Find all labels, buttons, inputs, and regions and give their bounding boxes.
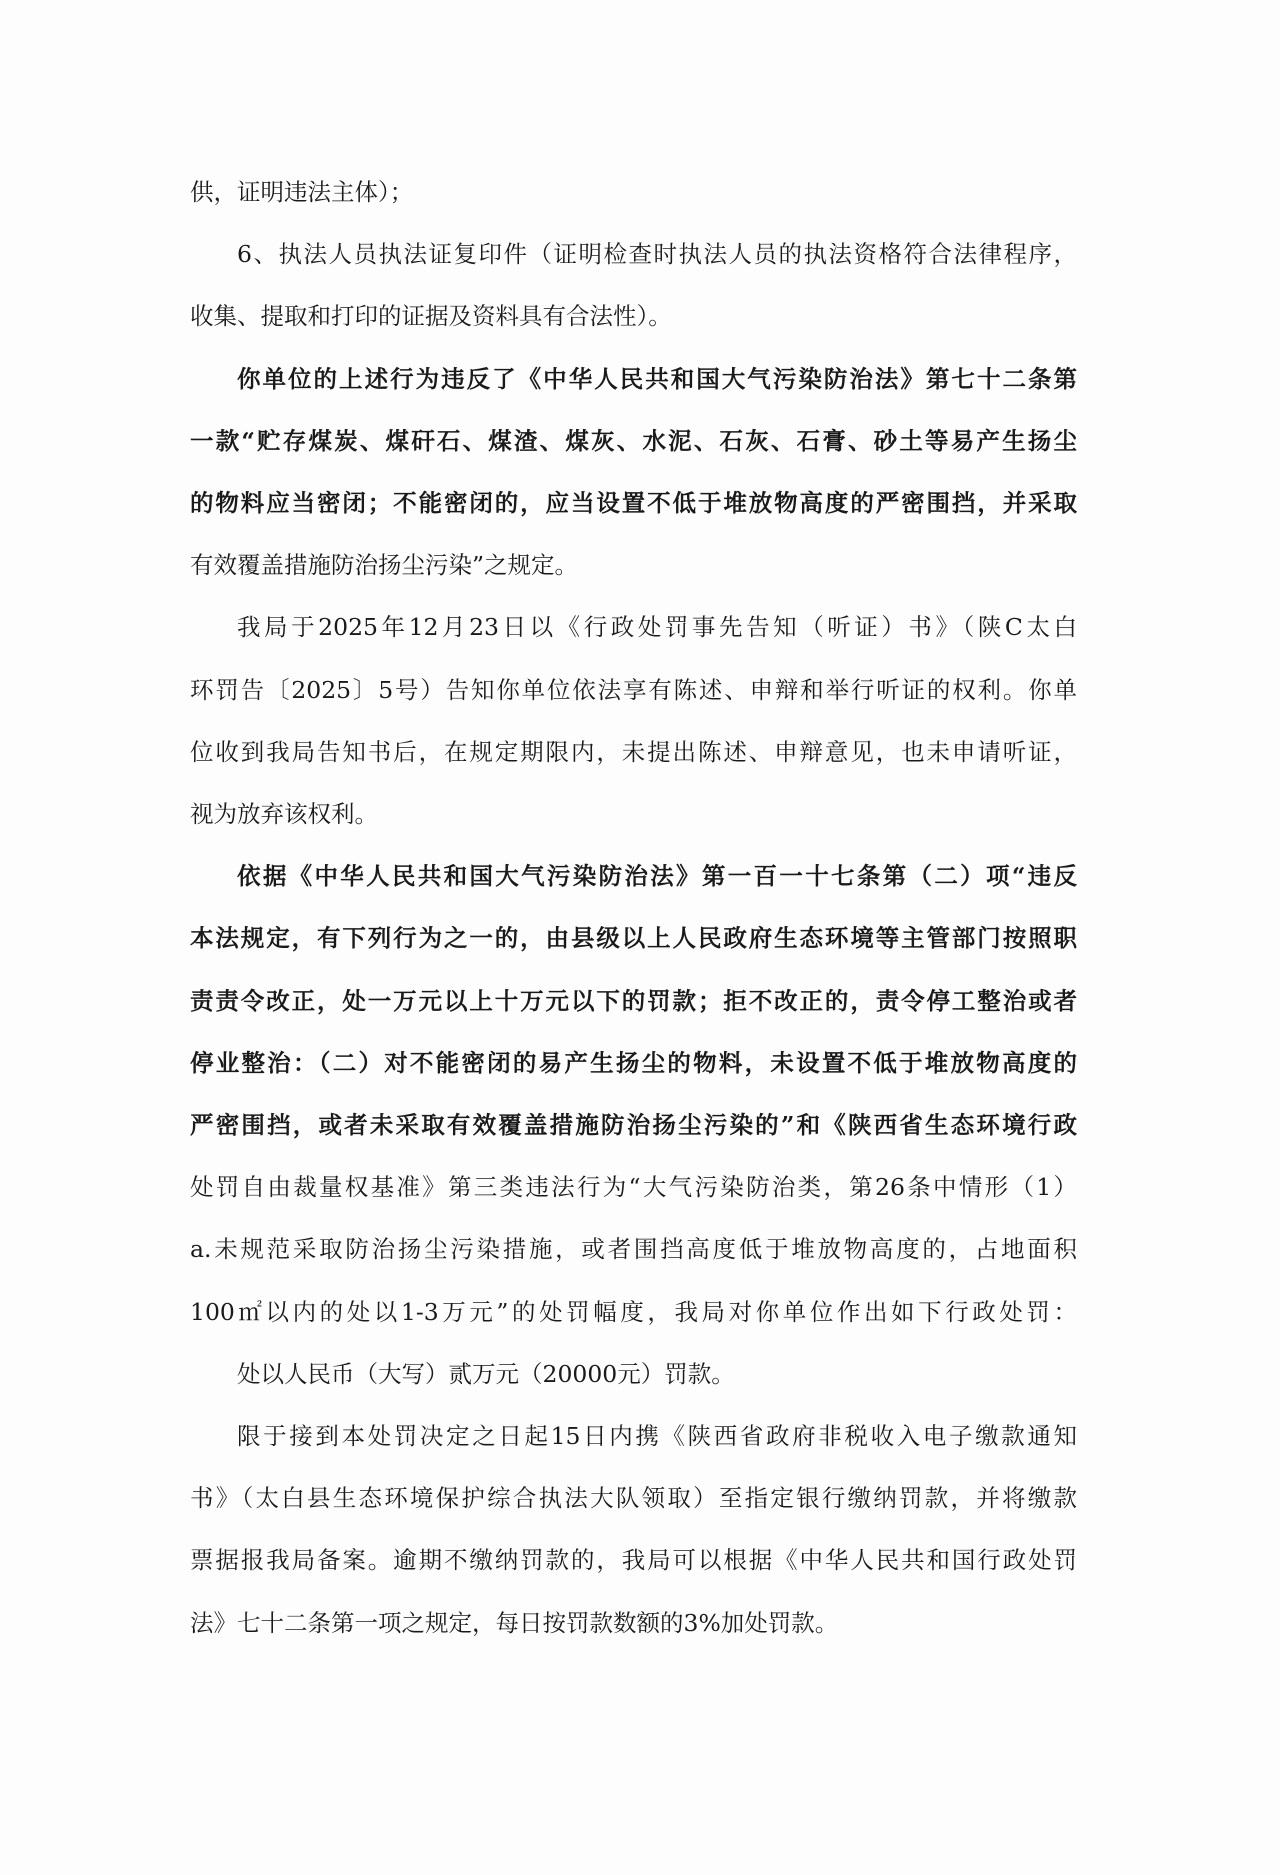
paragraph-legal-basis-line: 依据《中华人民共和国大气污染防治法》第一百一十七条第（二）项“违反 <box>237 859 1077 893</box>
paragraph-notice-line: 环罚告〔2025〕5号）告知你单位依法享有陈述、申辩和举行听证的权利。你单 <box>190 673 1077 707</box>
paragraph-violation-line: 有效覆盖措施防治扬尘污染”之规定。 <box>190 548 1077 582</box>
document-page: 供，证明违法主体）；6、执法人员执法证复印件（证明检查时执法人员的执法资格符合法… <box>0 0 1280 1875</box>
paragraph-violation-line: 一款“贮存煤炭、煤矸石、煤渣、煤灰、水泥、石灰、石膏、砂土等易产生扬尘 <box>190 424 1077 458</box>
paragraph-payment-line: 法》七十二条第一项之规定，每日按罚款数额的3%加处罚款。 <box>190 1606 1077 1640</box>
paragraph-evidence-6-line: 6、执法人员执法证复印件（证明检查时执法人员的执法资格符合法律程序， <box>237 237 1077 271</box>
paragraph-legal-basis-line: 本法规定，有下列行为之一的，由县级以上人民政府生态环境等主管部门按照职 <box>190 921 1077 955</box>
paragraph-payment-line: 书》（太白县生态环境保护综合执法大队领取）至指定银行缴纳罚款，并将缴款 <box>190 1481 1077 1515</box>
paragraph-legal-basis-line: 100㎡以内的处以1-3万元”的处罚幅度，我局对你单位作出如下行政处罚： <box>190 1295 1077 1329</box>
paragraph-legal-basis-line: 停业整治：（二）对不能密闭的易产生扬尘的物料，未设置不低于堆放物高度的 <box>190 1046 1077 1080</box>
paragraph-penalty-line: 处以人民币（大写）贰万元（20000元）罚款。 <box>237 1357 1077 1391</box>
paragraph-legal-basis-line: 严密围挡，或者未采取有效覆盖措施防治扬尘污染的”和《陕西省生态环境行政 <box>190 1108 1077 1142</box>
paragraph-notice-line: 我局于2025年12月23日以《行政处罚事先告知（听证）书》（陕C太白 <box>237 610 1077 644</box>
paragraph-evidence-6-line: 收集、提取和打印的证据及资料具有合法性）。 <box>190 299 1077 333</box>
paragraph-legal-basis-line: 处罚自由裁量权基准》第三类违法行为“大气污染防治类，第26条中情形（1） <box>190 1170 1077 1204</box>
paragraph-violation-line: 的物料应当密闭；不能密闭的，应当设置不低于堆放物高度的严密围挡，并采取 <box>190 486 1077 520</box>
paragraph-payment-line: 限于接到本处罚决定之日起15日内携《陕西省政府非税收入电子缴款通知 <box>237 1419 1077 1453</box>
paragraph-notice-line: 视为放弃该权利。 <box>190 797 1077 831</box>
paragraph-legal-basis-line: a.未规范采取防治扬尘污染措施，或者围挡高度低于堆放物高度的，占地面积 <box>190 1232 1077 1266</box>
paragraph-payment-line: 票据报我局备案。逾期不缴纳罚款的，我局可以根据《中华人民共和国行政处罚 <box>190 1543 1077 1577</box>
paragraph-evidence-5-tail-line: 供，证明违法主体）； <box>190 175 1077 209</box>
paragraph-legal-basis-line: 责责令改正，处一万元以上十万元以下的罚款；拒不改正的，责令停工整治或者 <box>190 984 1077 1018</box>
paragraph-violation-line: 你单位的上述行为违反了《中华人民共和国大气污染防治法》第七十二条第 <box>237 362 1077 396</box>
paragraph-notice-line: 位收到我局告知书后，在规定期限内，未提出陈述、申辩意见，也未申请听证， <box>190 735 1077 769</box>
